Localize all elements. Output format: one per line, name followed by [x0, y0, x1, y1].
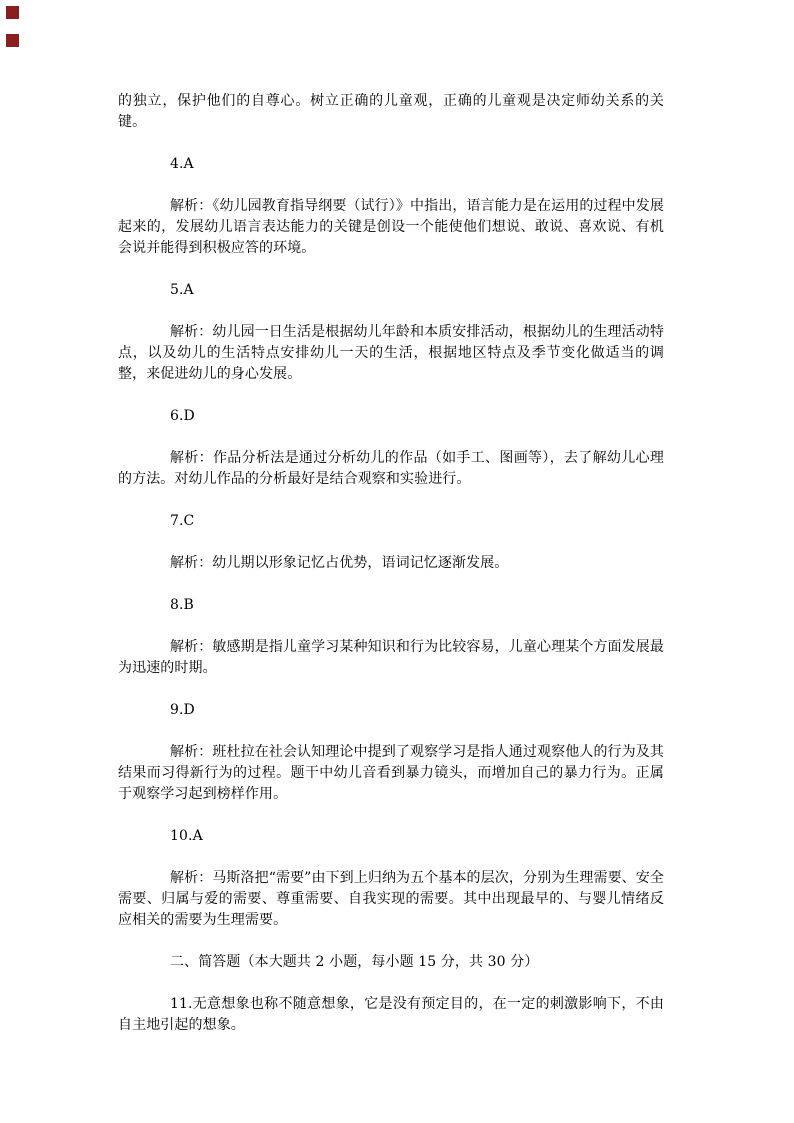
- document-page: 的独立，保护他们的自尊心。树立正确的儿童观，正确的儿童观是决定师幼关系的关键。 …: [0, 0, 794, 1123]
- answer-line-6: 6.D: [118, 406, 664, 427]
- page-content: 的独立，保护他们的自尊心。树立正确的儿童观，正确的儿童观是决定师幼关系的关键。 …: [118, 91, 664, 1036]
- analysis-paragraph-9: 解析：班杜拉在社会认知理论中提到了观察学习是指人通过观察他人的行为及其结果而习得…: [118, 742, 664, 805]
- short-answer-11: 11.无意想象也称不随意想象，它是没有预定目的，在一定的刺激影响下，不由自主地引…: [118, 994, 664, 1036]
- analysis-paragraph-5: 解析：幼儿园一日生活是根据幼儿年龄和本质安排活动，根据幼儿的生理活动特点，以及幼…: [118, 322, 664, 385]
- red-square-marker-icon: [6, 6, 19, 19]
- red-square-marker-icon: [6, 34, 19, 47]
- answer-line-9: 9.D: [118, 700, 664, 721]
- answer-line-7: 7.C: [118, 511, 664, 532]
- analysis-paragraph-7: 解析：幼儿期以形象记忆占优势，语词记忆逐渐发展。: [118, 553, 664, 574]
- analysis-paragraph-10: 解析：马斯洛把“需要”由下到上归纳为五个基本的层次，分别为生理需要、安全需要、归…: [118, 868, 664, 931]
- analysis-paragraph-8: 解析：敏感期是指儿童学习某种知识和行为比较容易，儿童心理某个方面发展最为迅速的时…: [118, 637, 664, 679]
- answer-line-8: 8.B: [118, 595, 664, 616]
- analysis-paragraph-6: 解析：作品分析法是通过分析幼儿的作品（如手工、图画等），去了解幼儿心理的方法。对…: [118, 448, 664, 490]
- continuation-paragraph: 的独立，保护他们的自尊心。树立正确的儿童观，正确的儿童观是决定师幼关系的关键。: [118, 91, 664, 133]
- section-2-heading: 二、简答题（本大题共 2 小题，每小题 15 分，共 30 分）: [118, 952, 664, 973]
- answer-line-4: 4.A: [118, 154, 664, 175]
- answer-line-5: 5.A: [118, 280, 664, 301]
- answer-line-10: 10.A: [118, 826, 664, 847]
- analysis-paragraph-4: 解析：《幼儿园教育指导纲要（试行）》中指出，语言能力是在运用的过程中发展起来的，…: [118, 196, 664, 259]
